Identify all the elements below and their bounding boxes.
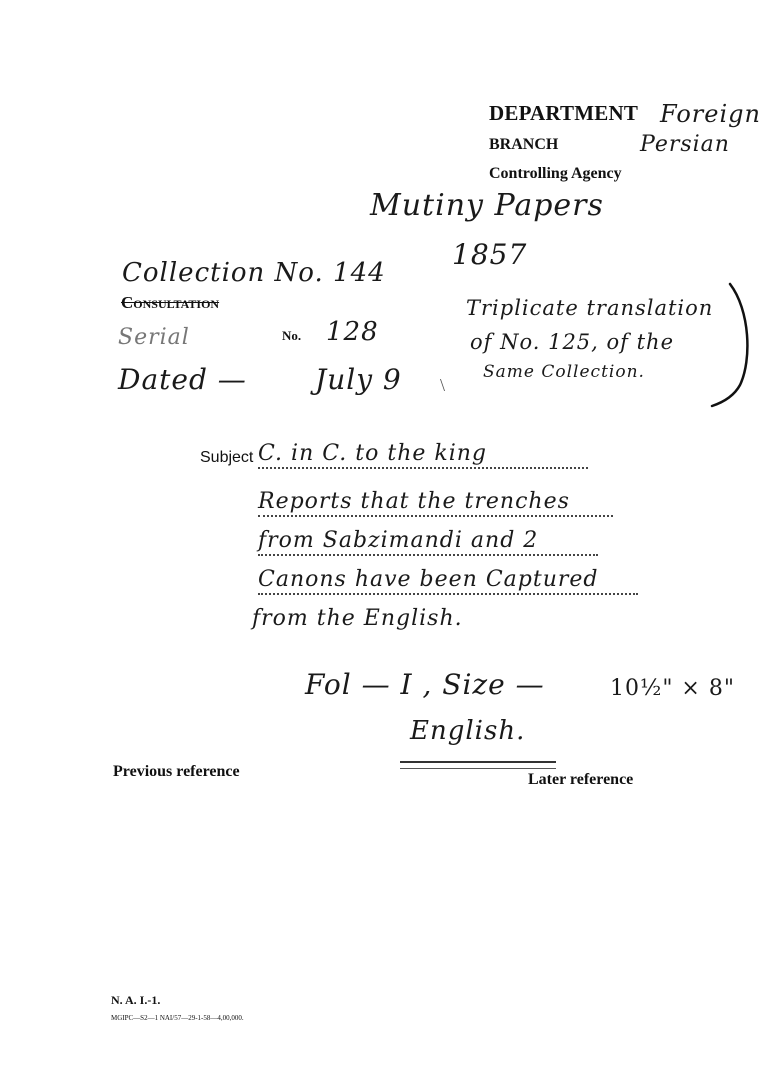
size-value: 10½" × 8" (610, 676, 735, 701)
branch-value: Persian (640, 132, 730, 157)
subject-line: from Sabzimandi and 2 (258, 528, 598, 556)
subject-label: Subject (200, 449, 253, 467)
tick-mark: \ (440, 375, 445, 396)
double-underline-divider (400, 761, 556, 769)
consultation-label: Consultation (121, 293, 219, 313)
closing-bracket-mark (700, 280, 760, 415)
branch-label: BRANCH (489, 136, 558, 154)
previous-reference-label: Previous reference (113, 763, 240, 781)
side-note-line: of No. 125, of the (470, 330, 674, 354)
controlling-agency-label: Controlling Agency (489, 165, 622, 183)
number-label: No. (282, 328, 301, 344)
heading-year: 1857 (452, 238, 527, 271)
form-code: N. A. I.-1. (111, 993, 160, 1008)
dated-value: July 9 (315, 363, 402, 396)
subject-line: from the English. (252, 606, 463, 631)
subject-line: C. in C. to the king (258, 441, 588, 469)
side-note-line: Triplicate translation (466, 296, 713, 320)
folio-size-label: Fol — I , Size — (305, 668, 545, 701)
dated-label: Dated — (118, 363, 247, 396)
number-value: 128 (326, 317, 379, 347)
language-value: English. (410, 716, 525, 746)
later-reference-label: Later reference (528, 771, 633, 789)
side-note-line: Same Collection. (483, 362, 645, 382)
heading-title: Mutiny Papers (370, 188, 604, 223)
subject-line: Reports that the trenches (258, 489, 613, 517)
collection-note: Collection No. 144 (122, 258, 386, 288)
printer-imprint: MGIPC—S2—1 NAI/57—29-1-58—4,00,000. (111, 1014, 244, 1022)
serial-word: Serial (118, 325, 190, 350)
department-label: DEPARTMENT (489, 101, 638, 126)
department-value: Foreign (660, 100, 761, 128)
subject-line: Canons have been Captured (258, 567, 638, 595)
